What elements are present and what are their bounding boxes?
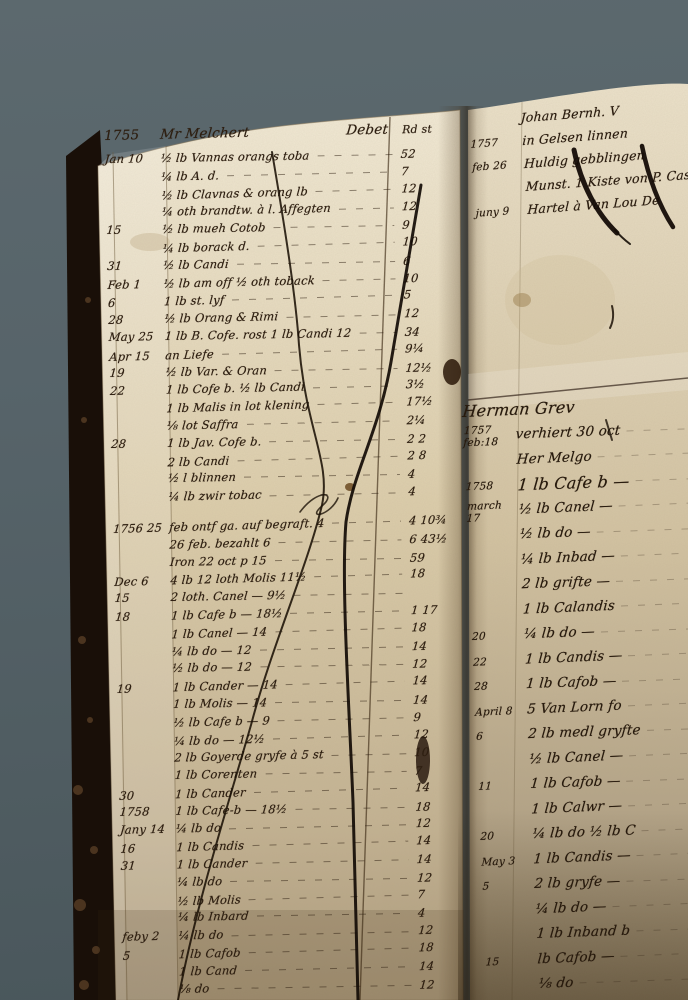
entry-item: ½ lb Var. & Oran (165, 362, 268, 382)
entry-amount: 12 (401, 197, 458, 216)
leader-dashes (601, 628, 688, 632)
leader-dashes (323, 278, 396, 281)
entry-date (118, 726, 174, 727)
leader-dashes (229, 824, 408, 829)
entry-date: May 25 (108, 328, 166, 347)
entry-amount: 12 (401, 178, 458, 197)
entry-date (116, 655, 172, 656)
entry-date: 5 (482, 878, 535, 892)
entry-date: feby 2 (122, 928, 179, 947)
entry-date: 15 (114, 589, 172, 608)
header-currency-label: Rd st (402, 120, 456, 139)
leader-dashes (237, 261, 395, 265)
entry-date: 15 (485, 954, 538, 968)
entry-amount: 5 (403, 285, 460, 304)
entry-date: march 17 (466, 498, 519, 524)
leader-dashes (622, 678, 688, 682)
entry-date (107, 252, 163, 254)
leader-dashes (275, 368, 398, 371)
entry-date: May 3 (481, 854, 534, 868)
leader-dashes (339, 207, 394, 209)
leader-dashes (232, 931, 411, 936)
entry-date: 15 (106, 221, 164, 240)
entry-item: ¼ lb do (176, 873, 223, 892)
leader-dashes (313, 385, 398, 388)
entry-amount: 10 (414, 743, 471, 762)
entry-date (469, 560, 521, 562)
entry-amount: 18 (410, 564, 467, 583)
entry-date (119, 779, 175, 780)
leader-dashes (260, 665, 404, 669)
leader-dashes (612, 902, 688, 907)
entry-date: feb 26 (472, 158, 524, 174)
leader-dashes (628, 652, 688, 656)
entry-item: ¼ lb do (178, 927, 225, 946)
entry-amount: 12 (413, 724, 470, 743)
entry-amount: 14 (416, 831, 473, 850)
entry-item: ¼ lb do — (534, 894, 607, 922)
leader-dashes (290, 611, 403, 615)
entry-date (114, 566, 170, 567)
leader-dashes (279, 539, 402, 543)
leader-dashes (628, 702, 688, 706)
entry-item: 1 lb Molis — 14 (172, 694, 268, 713)
leader-dashes (597, 528, 688, 532)
entry-date (111, 430, 167, 431)
account2-rows: 1757 feb:18 verhiert 30 oct Her Melgo 17… (463, 415, 688, 999)
leader-dashes (249, 948, 411, 954)
entry-amount: 12 (404, 304, 461, 323)
entry-item: verhiert 30 oct (514, 419, 621, 448)
entry-date: 19 (109, 364, 167, 383)
entry-date: 31 (106, 257, 164, 276)
entry-item: an Liefe (165, 346, 215, 365)
entry-date (106, 216, 162, 217)
leader-dashes (647, 728, 688, 731)
entry-item: 2 lb medl gryfte (527, 718, 642, 747)
leader-dashes (252, 841, 408, 846)
entry-amount: 10 (402, 232, 459, 251)
leader-dashes (249, 895, 410, 901)
left-page-text: 1755 Mr Melchert Debet Rd st Jan 10 ½ lb… (104, 120, 476, 1000)
entry-amount: 2¼ (406, 411, 463, 430)
entry-date (112, 482, 168, 483)
entry-item: 1 lb Cafe b — 18½ (170, 605, 283, 625)
entry-date (474, 186, 526, 190)
entry-amount: 7 (417, 884, 474, 903)
entry-date (121, 886, 177, 887)
entry-item: ¼ lb Inbad — (520, 544, 616, 573)
entry-item: ½ lb mueh Cotob (162, 219, 267, 239)
entry-date (122, 905, 178, 907)
entry-item: 1 lb Canel — 14 (171, 623, 268, 644)
entry-amount: 17½ (406, 392, 463, 411)
entry-item: ¼ lb Inbard (177, 908, 249, 927)
entry-date (487, 984, 539, 986)
entry-item: ½ lb Canel — (528, 744, 624, 773)
entry-amount: 14 (416, 850, 473, 869)
entry-item: 1 lb Inband b (535, 919, 631, 947)
leader-dashes (245, 966, 411, 971)
entry-date: 31 (120, 857, 177, 876)
entry-date: juny 9 (475, 203, 527, 219)
entry-date (118, 745, 174, 747)
entry-date: 1756 25 (112, 519, 169, 538)
entry-item: 1 lb Cafob — (529, 769, 622, 797)
entry-date (118, 762, 174, 763)
entry-item: ⅛ do (179, 980, 210, 998)
entry-date (477, 760, 529, 762)
entry-amount: 14 (418, 957, 475, 976)
entry-date (124, 993, 180, 994)
leader-dashes (255, 860, 408, 864)
entry-item: Her Melgo (516, 445, 593, 473)
entry-item: 1 lb Calandis (522, 594, 616, 623)
entry-date: 22 (109, 382, 166, 401)
entry-item: ¼ lb A. d. (160, 167, 220, 186)
leader-dashes (222, 349, 397, 355)
account1-rows: Johan Bernh. V 1757 in Gelsen linnen feb… (468, 93, 688, 224)
entry-date (471, 610, 523, 612)
entry-date: 1757 feb:18 (463, 423, 516, 449)
entry-amount: 52 (400, 145, 458, 164)
entry-date (122, 921, 178, 922)
entry-date (111, 413, 167, 415)
entry-amount: 7 (400, 162, 457, 181)
entry-item: 2 lb grifte — (521, 569, 612, 597)
entry-date: 11 (478, 779, 531, 793)
entry-amount: 14 (412, 691, 470, 710)
entry-amount: 6 (402, 252, 460, 271)
entry-item: 1 lb Cafe-b — 18½ (175, 801, 288, 821)
leader-dashes (295, 807, 407, 810)
entry-amount: 18 (418, 938, 475, 957)
leader-dashes (627, 778, 688, 782)
leader-dashes (637, 852, 688, 856)
entry-item: 1 lb Jav. Cofe b. (166, 433, 262, 452)
leader-dashes (628, 802, 688, 806)
entry-item: 1 lb Calwr — (530, 794, 623, 823)
leader-dashes (275, 700, 405, 703)
leader-dashes (359, 332, 396, 334)
leader-dashes (260, 646, 404, 650)
entry-date: 28 (108, 311, 165, 330)
entry-item: ¼ lb zwir tobac (168, 487, 263, 507)
entry-date (116, 638, 172, 640)
leader-dashes (232, 296, 396, 302)
entry-item: 26 feb. bezahlt 6 (169, 534, 272, 554)
leader-dashes (314, 574, 402, 578)
leader-dashes (316, 189, 394, 192)
entry-date (470, 585, 522, 587)
ledger-rows: Jan 10 ½ lb Vannas orangs toba 52 ¼ lb A… (105, 144, 476, 1000)
leader-dashes (275, 628, 403, 633)
leader-dashes (626, 428, 687, 431)
entry-item: 1 lb Cander (176, 855, 248, 874)
leader-dashes (265, 771, 406, 774)
leader-dashes (273, 735, 406, 740)
leader-dashes (230, 878, 409, 882)
header-debit-label: Debet (345, 122, 389, 141)
entry-date: 18 (114, 608, 171, 627)
leader-dashes (286, 681, 405, 685)
entry-date (469, 118, 521, 122)
entry-date: Feb 1 (107, 275, 164, 294)
entry-date: Jan 10 (104, 150, 162, 169)
leader-dashes (621, 552, 688, 556)
entry-item: ½ lb Vannas orangs toba (160, 147, 310, 167)
entry-item: 1 lb Cand (178, 962, 237, 981)
entry-item: Iron 22 oct p 15 (169, 552, 267, 572)
leader-dashes (275, 558, 402, 561)
leader-dashes (227, 172, 393, 177)
leader-dashes (636, 478, 688, 481)
leader-dashes (621, 952, 688, 957)
leader-dashes (332, 753, 407, 756)
leader-dashes (274, 226, 395, 229)
entry-amount: 2 8 (407, 445, 464, 464)
entry-item: ½ lb do — 12 (172, 659, 253, 678)
entry-date: 28 (474, 679, 527, 693)
entry-item: 1 lb Cafob — (525, 669, 618, 697)
entry-amount: 18 (411, 618, 468, 637)
entry-date: 1758 (119, 803, 177, 822)
entry-amount: 9¼ (404, 339, 461, 358)
entry-amount (411, 596, 467, 597)
entry-date: Jany 14 (119, 821, 176, 840)
header-account-name: Mr Melchert (159, 122, 347, 144)
entry-amount: 14 (414, 778, 471, 797)
entry-date: 5 (122, 946, 179, 965)
leader-dashes (254, 788, 407, 793)
entry-item: ½ lb Canel — (518, 494, 614, 523)
entry-amount: 4 (408, 482, 465, 501)
entry-item: ¼ lb do — (523, 620, 596, 648)
entry-date: 1758 (465, 479, 518, 493)
entry-item: ⅛ lot Saffra (166, 416, 239, 435)
entry-date (117, 708, 173, 709)
museum-photo-of-ledger: 1755 Mr Melchert Debet Rd st Jan 10 ½ lb… (0, 0, 688, 1000)
entry-date: 22 (473, 654, 526, 668)
leader-dashes (317, 402, 398, 405)
entry-date (112, 501, 168, 502)
entry-date (468, 535, 520, 537)
leader-dashes (217, 985, 411, 989)
entry-date (105, 181, 161, 182)
entry-item: 1 lb Cafob (178, 945, 241, 965)
leader-dashes (237, 456, 399, 462)
entry-date (123, 975, 179, 976)
leader-dashes (317, 154, 392, 156)
entry-item: ½ lb Candi (162, 256, 229, 275)
entry-date: 6 (476, 729, 529, 743)
entry-amount: 4 10¾ (408, 511, 465, 530)
entry-item: lb Cafob — (537, 944, 616, 972)
entry-date (114, 548, 170, 549)
entry-item: ½ lb do — (519, 520, 592, 548)
leader-dashes (244, 475, 400, 479)
entry-date: 28 (110, 435, 168, 454)
entry-date: April 8 (475, 704, 528, 718)
entry-item: ¼ lb do (175, 820, 222, 839)
leader-dashes (257, 914, 410, 918)
leader-dashes (270, 492, 401, 496)
entry-item: 2 lb gryfe — (533, 869, 621, 897)
entry-date: 20 (472, 629, 525, 643)
leader-dashes (258, 242, 395, 247)
header-year: 1755 (104, 127, 160, 146)
leader-dashes (294, 593, 403, 596)
leader-dashes (270, 439, 400, 442)
entry-item: ½ lb Cafe b — 9 (173, 712, 271, 732)
entry-date (106, 199, 162, 201)
leader-dashes (598, 453, 688, 458)
entry-amount: 9 (413, 708, 470, 727)
entry-date: 20 (480, 828, 533, 842)
leader-dashes (642, 828, 688, 831)
leader-dashes (278, 717, 406, 721)
entry-amount: 14 (412, 671, 469, 690)
entry-date: 1757 (470, 135, 522, 151)
leader-dashes (246, 421, 398, 425)
entry-item: 2 loth. Canel — 9½ (170, 587, 287, 607)
leader-dashes (580, 978, 688, 984)
leader-dashes (621, 602, 688, 606)
entry-amount: 14 (411, 636, 468, 655)
leader-dashes (626, 878, 688, 882)
right-page-account-1: Johan Bernh. V 1757 in Gelsen linnen feb… (468, 93, 688, 224)
leader-dashes (616, 578, 688, 582)
leader-dashes (286, 314, 396, 317)
entry-date (479, 810, 531, 812)
entry-date (485, 934, 537, 936)
entry-item: 5 Van Lorn fo (526, 694, 623, 723)
leader-dashes (636, 928, 688, 932)
leader-dashes (619, 503, 688, 507)
leader-dashes (332, 521, 401, 524)
entry-date (465, 460, 517, 462)
entry-item: 1 lb Corenten (174, 766, 258, 785)
entry-item: ½ l blinnen (167, 469, 237, 488)
entry-date (116, 672, 172, 673)
leader-dashes (629, 752, 688, 756)
right-page-account-2: Herman Grev 1757 feb:18 verhiert 30 oct … (462, 388, 688, 999)
entry-item: ⅛ do (538, 971, 575, 997)
entry-amount: 12 (419, 975, 477, 994)
entry-amount: 6 43½ (409, 530, 466, 549)
entry-date (484, 910, 536, 912)
entry-date (112, 466, 168, 468)
